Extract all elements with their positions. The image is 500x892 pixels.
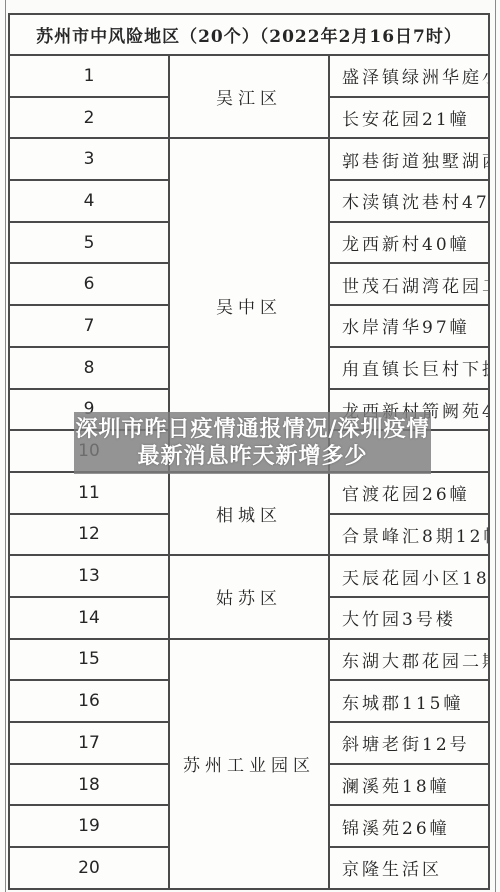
- location-cell: 京隆生活区: [329, 847, 489, 889]
- row-number: 15: [9, 639, 169, 681]
- location-cell: 东湖大郡花园二期22幢: [329, 639, 489, 681]
- table-title: 苏州市中风险地区（20个）（2022年2月16日7时）: [9, 14, 489, 55]
- row-number: 2: [9, 97, 169, 139]
- location-cell: 天辰花园小区18幢: [329, 555, 489, 597]
- district-cell: 姑苏区: [169, 555, 329, 638]
- location-cell: 锦溪苑26幢: [329, 805, 489, 847]
- row-number: 5: [9, 222, 169, 264]
- row-number: 3: [9, 138, 169, 180]
- watermark-line1: 深圳市昨日疫情通报情况/深圳疫情: [75, 416, 429, 444]
- row-number: 16: [9, 680, 169, 722]
- row-number: 6: [9, 263, 169, 305]
- row-number: 14: [9, 597, 169, 639]
- row-number: 17: [9, 722, 169, 764]
- row-number: 19: [9, 805, 169, 847]
- location-cell: 郭巷街道独墅湖西金悦花园一期19幢: [329, 138, 489, 180]
- table-row: 15苏州工业园区东湖大郡花园二期22幢: [9, 639, 489, 681]
- row-number: 13: [9, 555, 169, 597]
- left-frame-line: [5, 0, 6, 892]
- watermark-line2: 最新消息昨天新增多少: [137, 443, 367, 471]
- row-number: 18: [9, 764, 169, 806]
- location-cell: 官渡花园26幢: [329, 472, 489, 514]
- title-row: 苏州市中风险地区（20个）（2022年2月16日7时）: [9, 14, 489, 55]
- location-cell: 斜塘老街12号: [329, 722, 489, 764]
- right-frame-line: [495, 0, 496, 892]
- district-cell: 苏州工业园区: [169, 639, 329, 889]
- row-number: 8: [9, 347, 169, 389]
- row-number: 4: [9, 180, 169, 222]
- watermark-overlay: 深圳市昨日疫情通报情况/深圳疫情 最新消息昨天新增多少: [74, 412, 431, 474]
- location-cell: 甪直镇长巨村下扒浜马娄里172号: [329, 347, 489, 389]
- row-number: 7: [9, 305, 169, 347]
- row-number: 12: [9, 514, 169, 556]
- table-row: 13姑苏区天辰花园小区18幢: [9, 555, 489, 597]
- location-cell: 盛泽镇绿洲华庭小区41栋: [329, 55, 489, 97]
- location-cell: 水岸清华97幢: [329, 305, 489, 347]
- row-number: 11: [9, 472, 169, 514]
- location-cell: 大竹园3号楼: [329, 597, 489, 639]
- district-cell: 吴江区: [169, 55, 329, 138]
- district-cell: 相城区: [169, 472, 329, 555]
- table-row: 11相城区官渡花园26幢: [9, 472, 489, 514]
- table-row: 3吴中区郭巷街道独墅湖西金悦花园一期19幢: [9, 138, 489, 180]
- location-cell: 龙西新村40幢: [329, 222, 489, 264]
- location-cell: 木渎镇沈巷村47～69号: [329, 180, 489, 222]
- table-row: 1吴江区盛泽镇绿洲华庭小区41栋: [9, 55, 489, 97]
- row-number: 20: [9, 847, 169, 889]
- location-cell: 长安花园21幢: [329, 97, 489, 139]
- location-cell: 世茂石湖湾花园二期273幢: [329, 263, 489, 305]
- location-cell: 东城郡115幢: [329, 680, 489, 722]
- row-number: 1: [9, 55, 169, 97]
- location-cell: 澜溪苑18幢: [329, 764, 489, 806]
- page: 苏州市中风险地区（20个）（2022年2月16日7时） 1吴江区盛泽镇绿洲华庭小…: [0, 0, 500, 892]
- location-cell: 合景峰汇8期12幢: [329, 514, 489, 556]
